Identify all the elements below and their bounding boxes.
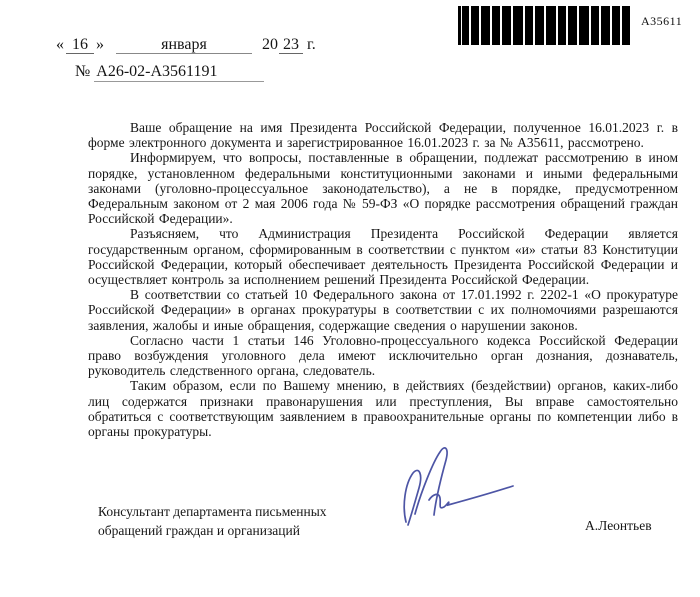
body-paragraph: Информируем, что вопросы, поставленные в… — [88, 150, 678, 226]
document-number-value: А26-02-А3561191 — [94, 63, 264, 82]
body-paragraph: Разъясняем, что Администрация Президента… — [88, 226, 678, 287]
date-day: 16 — [66, 36, 94, 54]
handwritten-signature-icon — [393, 430, 518, 530]
date-century: 20 — [262, 36, 278, 53]
body-paragraph: Ваше обращение на имя Президента Российс… — [88, 120, 678, 150]
date-open-quote: « — [56, 36, 64, 53]
body-paragraph: Согласно части 1 статьи 146 Уголовно-про… — [88, 333, 678, 379]
date-year-suffix: г. — [307, 36, 316, 53]
body-paragraph: В соответствии со статьей 10 Федеральног… — [88, 287, 678, 333]
barcode-icon — [458, 6, 630, 45]
body-paragraph: Таким образом, если по Вашему мнению, в … — [88, 378, 678, 439]
letter-body: Ваше обращение на имя Президента Российс… — [88, 120, 678, 439]
date-line: «16»января2023г. — [56, 36, 316, 54]
number-sign: № — [75, 63, 90, 80]
signer-name: А.Леонтьев — [585, 518, 652, 534]
official-letter-page: A35611 «16»января2023г. №А26-02-А3561191… — [0, 0, 700, 597]
date-month: января — [116, 36, 252, 54]
date-year: 23 — [279, 36, 303, 54]
barcode-label: A35611 — [641, 14, 682, 29]
document-number-line: №А26-02-А3561191 — [75, 63, 264, 82]
date-close-quote: » — [96, 36, 104, 53]
signer-position-title: Консультант департамента письменных обра… — [98, 502, 332, 540]
